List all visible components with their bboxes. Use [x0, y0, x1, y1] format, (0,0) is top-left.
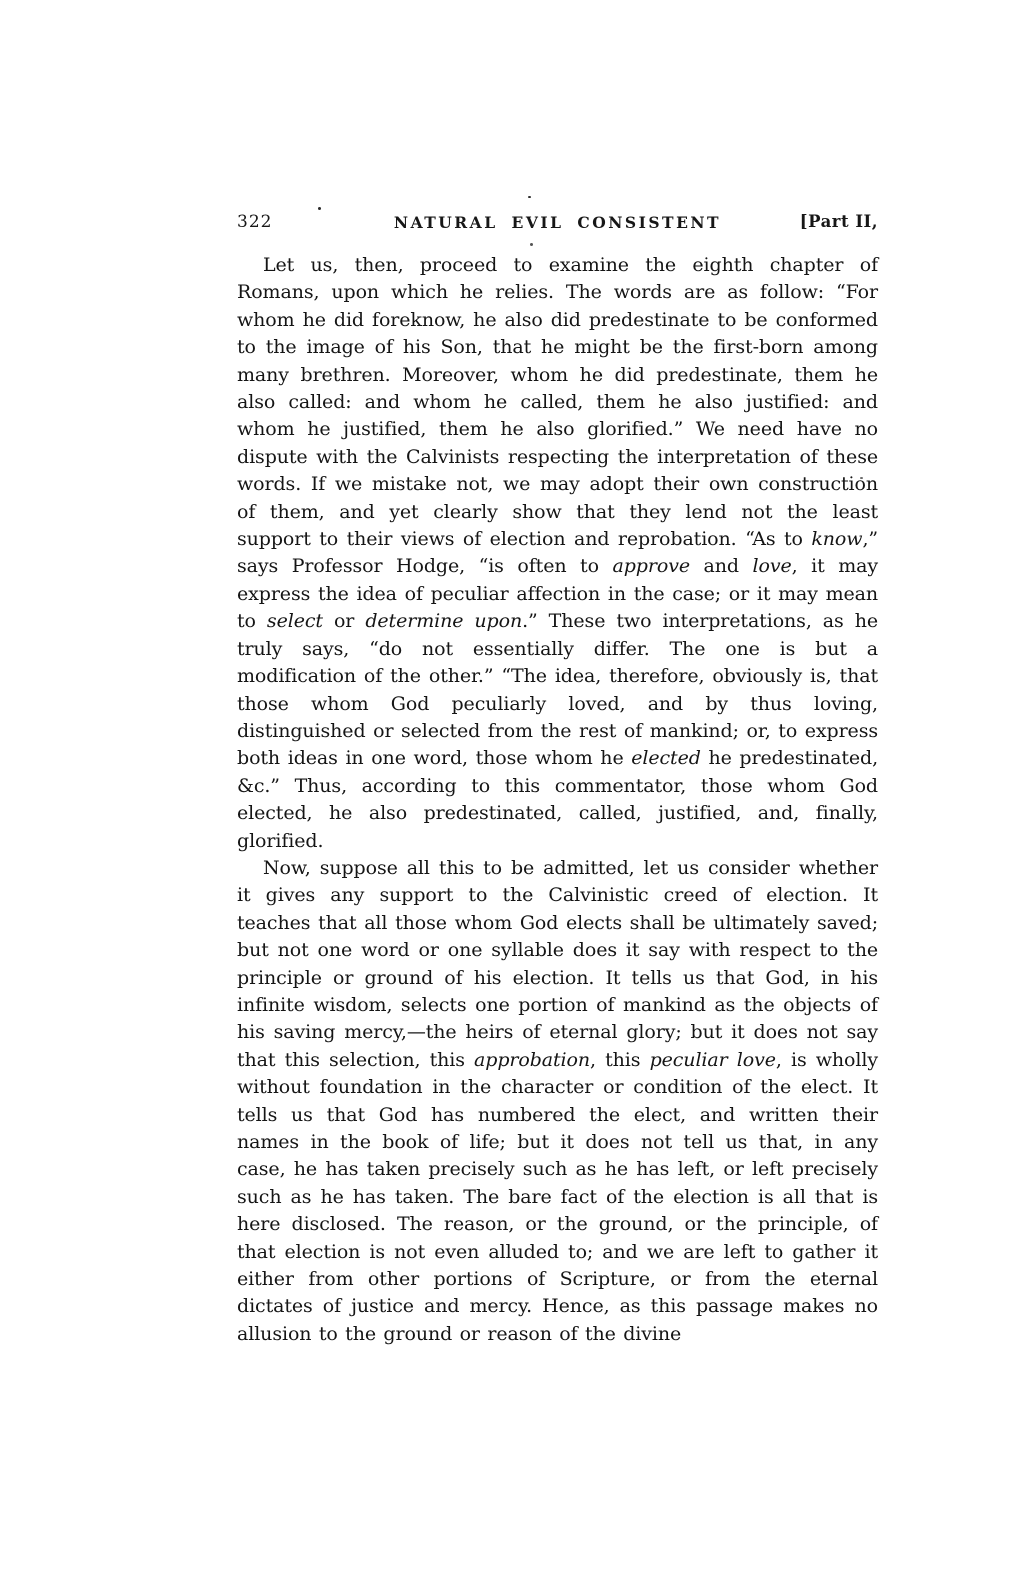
- italic-run: approbation: [474, 1049, 590, 1071]
- italic-run: know: [811, 528, 862, 550]
- text-run: Now, suppose all this to be admitted, le…: [237, 857, 878, 1071]
- text-run: , this: [590, 1049, 650, 1071]
- text-run: , is wholly without foundation in the ch…: [237, 1049, 878, 1345]
- text-run: or: [323, 610, 365, 632]
- running-header: 322 NATURAL EVIL CONSISTENT [Part II,: [237, 210, 878, 234]
- part-label: [Part II,: [800, 212, 878, 231]
- running-title: NATURAL EVIL CONSISTENT: [237, 213, 878, 232]
- paragraph: Let us, then, proceed to examine the eig…: [237, 252, 878, 855]
- italic-run: love: [753, 555, 792, 577]
- text-block: Let us, then, proceed to examine the eig…: [237, 252, 878, 1348]
- italic-run: peculiar love: [650, 1049, 776, 1071]
- italic-run: approve: [613, 555, 690, 577]
- scan-speck: [860, 477, 863, 479]
- paragraph: Now, suppose all this to be admitted, le…: [237, 855, 878, 1348]
- text-run: .” These two interpretations, as he trul…: [237, 610, 878, 769]
- text-run: Let us, then, proceed to examine the eig…: [237, 254, 878, 550]
- scan-speck: [528, 196, 531, 198]
- scan-speck: [318, 207, 321, 210]
- italic-run: determine upon: [365, 610, 522, 632]
- italic-run: select: [267, 610, 323, 632]
- italic-run: elected: [631, 747, 701, 769]
- book-page: 322 NATURAL EVIL CONSISTENT [Part II, Le…: [0, 0, 1011, 1580]
- text-run: and: [690, 555, 753, 577]
- scan-speck: [530, 243, 533, 246]
